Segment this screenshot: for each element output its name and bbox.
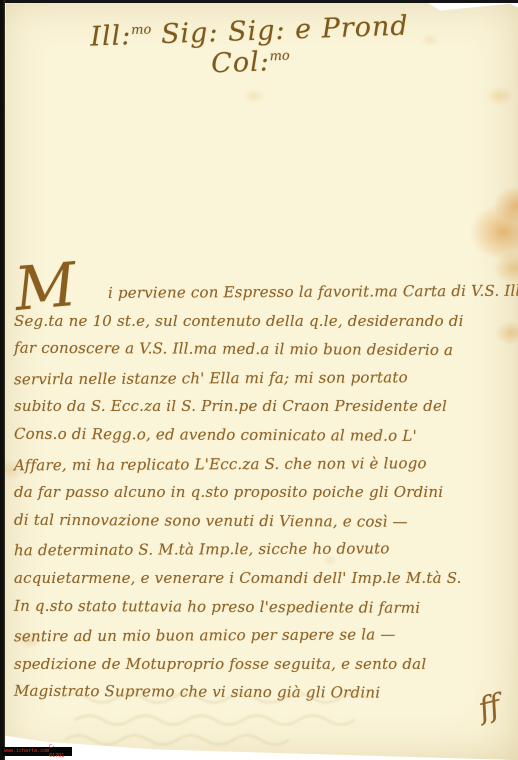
letter-body: M i perviene con Espresso la favorit.ma … bbox=[14, 278, 514, 707]
manuscript-line: acquietarmene, e venerare i Comandi dell… bbox=[14, 564, 514, 593]
manuscript-line: Cons.o di Regg.o, ed avendo cominicato a… bbox=[14, 420, 514, 451]
manuscript-line: Affare, mi ha replicato L'Ecc.za S. che … bbox=[14, 448, 514, 479]
manuscript-line: spedizione de Motuproprio fosse seguita,… bbox=[14, 650, 514, 679]
manuscript-line: Seg.ta ne 10 st.e, sul contenuto della q… bbox=[14, 307, 514, 336]
scan-edge-top bbox=[0, 0, 518, 3]
salutation-text: Sig: Sig: e Prond Col: bbox=[151, 10, 409, 79]
scan-edge-left bbox=[0, 0, 5, 760]
manuscript-line: sentire ad un mio buon amico per sapere … bbox=[14, 620, 514, 651]
bleed-through-ghost-text bbox=[55, 686, 485, 752]
scan-viewport: Ill:mo Sig: Sig: e Prond Col:mo M i perv… bbox=[0, 0, 518, 760]
manuscript-line: da far passo alcuno in q.sto proposito p… bbox=[14, 478, 514, 507]
salutation-superscript: mo bbox=[131, 22, 152, 38]
letter-page: Ill:mo Sig: Sig: e Prond Col:mo M i perv… bbox=[0, 0, 518, 760]
watermark-site: www.icharta.com bbox=[4, 747, 49, 756]
manuscript-line: ha determinato S. M.tà Imp.le, sicche ho… bbox=[14, 534, 514, 565]
manuscript-line: servirla nelle istanze ch' Ella mi fa; m… bbox=[14, 362, 514, 393]
manuscript-line: far conoscere a V.S. Ill.ma med.a il mio… bbox=[14, 334, 514, 365]
salutation-superscript: mo bbox=[269, 49, 290, 65]
watermark-code: C-01701 bbox=[49, 743, 70, 760]
salutation: Ill:mo Sig: Sig: e Prond Col:mo bbox=[57, 9, 443, 84]
manuscript-line: subito da S. Ecc.za il S. Prin.pe di Cra… bbox=[14, 392, 514, 421]
manuscript-line: i perviene con Espresso la favorit.ma Ca… bbox=[14, 277, 514, 308]
salutation-text: Ill: bbox=[90, 20, 132, 52]
manuscript-line: In q.sto stato tuttavia ho preso l'esped… bbox=[14, 591, 514, 622]
watermark-bar: www.icharta.com C-01701 bbox=[2, 747, 72, 756]
manuscript-line: di tal rinnovazione sono venuti di Vienn… bbox=[14, 505, 514, 536]
